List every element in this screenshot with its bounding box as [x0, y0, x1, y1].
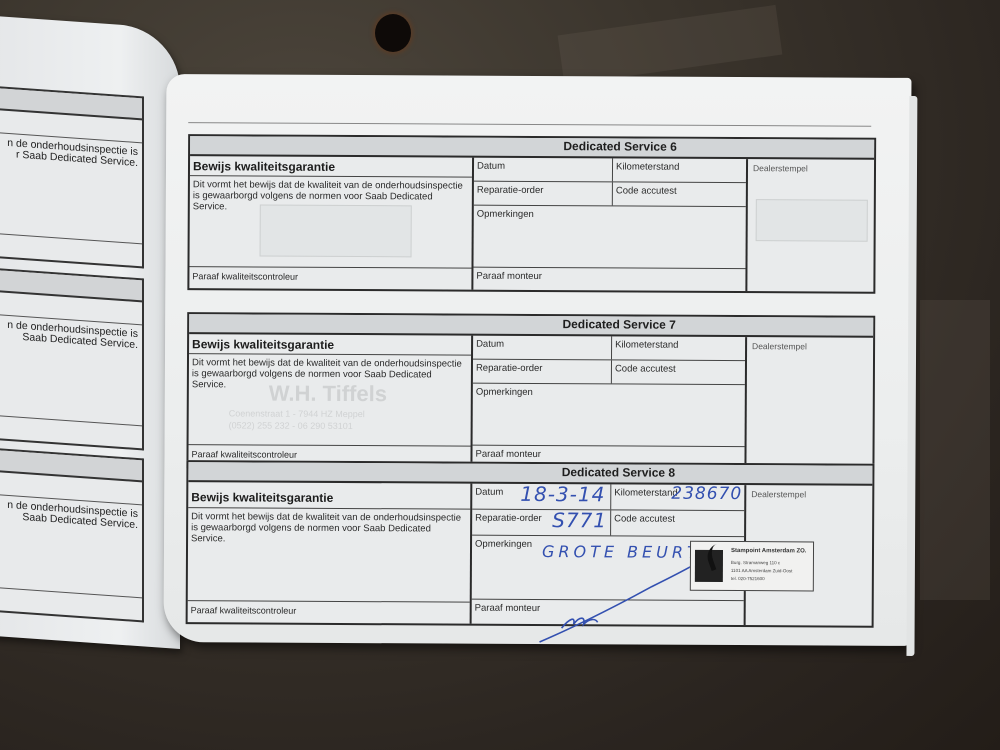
show-through-stamp-line: (0522) 255 232 - 06 290 53101 — [229, 420, 353, 431]
handwritten-date: 18-3-14 — [520, 482, 605, 506]
left-page: n de onderhoudsinspectie is r Saab Dedic… — [0, 15, 180, 649]
service-block-7: Dedicated Service 7 Bewijs kwaliteitsgar… — [186, 312, 875, 472]
guarantee-section: Bewijs kwaliteitsgarantie Dit vormt het … — [188, 334, 473, 467]
guarantee-section: Bewijs kwaliteitsgarantie Dit vormt het … — [189, 156, 474, 289]
mileage-field[interactable]: Kilometerstand — [612, 158, 682, 181]
battery-test-field[interactable]: Code accutest — [611, 360, 679, 383]
date-field[interactable]: Datum Kilometerstand — [474, 158, 746, 183]
background-texture — [920, 300, 990, 600]
guarantee-title: Bewijs kwaliteitsgarantie — [188, 482, 470, 509]
mechanic-initials-field[interactable]: Paraaf monteur — [473, 268, 745, 291]
left-service-block: n de onderhoudsinspectie is Saab Dedicat… — [0, 447, 144, 622]
mechanic-signature — [531, 558, 701, 649]
show-through-stamp — [260, 205, 412, 258]
service-title: Dedicated Service 8 — [468, 465, 768, 481]
guarantee-title: Bewijs kwaliteitsgarantie — [190, 156, 472, 177]
show-through-stamp-name: W.H. Tiffels — [269, 383, 387, 406]
mechanic-initials-field[interactable]: Paraaf monteur — [472, 600, 744, 625]
quality-controller-field[interactable]: Paraaf kwaliteitscontroleur — [188, 600, 470, 623]
mileage-field[interactable]: Kilometerstand — [611, 336, 681, 359]
quality-controller-field[interactable]: Paraaf kwaliteitscontroleur — [189, 266, 471, 289]
date-field[interactable]: Datum 18-3-14 Kilometerstand 238670 — [472, 484, 744, 511]
top-rule — [188, 122, 871, 127]
remarks-field[interactable]: Opmerkingen — [473, 206, 745, 269]
service-details: Datum Kilometerstand Reparatie-order Cod… — [472, 336, 747, 469]
mileage-field[interactable]: Kilometerstand 238670 — [610, 484, 681, 509]
service-title: Dedicated Service 7 — [469, 317, 769, 333]
guarantee-title: Bewijs kwaliteitsgarantie — [189, 334, 471, 355]
background-texture — [558, 5, 783, 85]
handwritten-repair-order: S771 — [552, 508, 607, 532]
guarantee-section: Bewijs kwaliteitsgarantie Dit vormt het … — [188, 482, 473, 623]
right-page: 23 Dedicated Service 6 Bewijs kwaliteits… — [164, 74, 912, 646]
repair-order-field[interactable]: Reparatie-order Code accutest — [473, 360, 745, 385]
show-through-stamp — [756, 199, 868, 242]
service-title: Dedicated Service 6 — [470, 139, 770, 155]
repair-order-field[interactable]: Reparatie-order Code accutest — [474, 182, 746, 207]
show-through-stamp-line: Coenenstraat 1 - 7944 HZ Meppel — [229, 408, 365, 419]
left-service-block: n de onderhoudsinspectie is r Saab Dedic… — [0, 85, 144, 268]
page-edge — [906, 96, 917, 656]
battery-test-field[interactable]: Code accutest — [610, 510, 678, 535]
handwritten-mileage: 238670 — [671, 484, 742, 504]
service-block-8: Dedicated Service 8 Bewijs kwaliteitsgar… — [186, 460, 875, 628]
dealer-stamp-field[interactable]: Dealerstempel — [746, 337, 873, 470]
guarantee-text: Dit vormt het bewijs dat de kwaliteit va… — [188, 508, 470, 548]
remarks-field[interactable]: Opmerkingen — [473, 384, 745, 447]
background-hole — [375, 14, 411, 52]
dealer-stamp-field[interactable]: Dealerstempel — [747, 159, 874, 292]
service-block-6: Dedicated Service 6 Bewijs kwaliteitsgar… — [187, 134, 876, 294]
date-field[interactable]: Datum Kilometerstand — [473, 336, 745, 361]
repair-order-field[interactable]: Reparatie-order S771 Code accutest — [472, 510, 744, 537]
battery-test-field[interactable]: Code accutest — [612, 182, 680, 205]
service-details: Datum Kilometerstand Reparatie-order Cod… — [473, 158, 748, 291]
dealer-stamp: Stampoint Amsterdam ZO. Burg. Stramanweg… — [690, 541, 814, 592]
left-service-block: n de onderhoudsinspectie is Saab Dedicat… — [0, 267, 144, 450]
